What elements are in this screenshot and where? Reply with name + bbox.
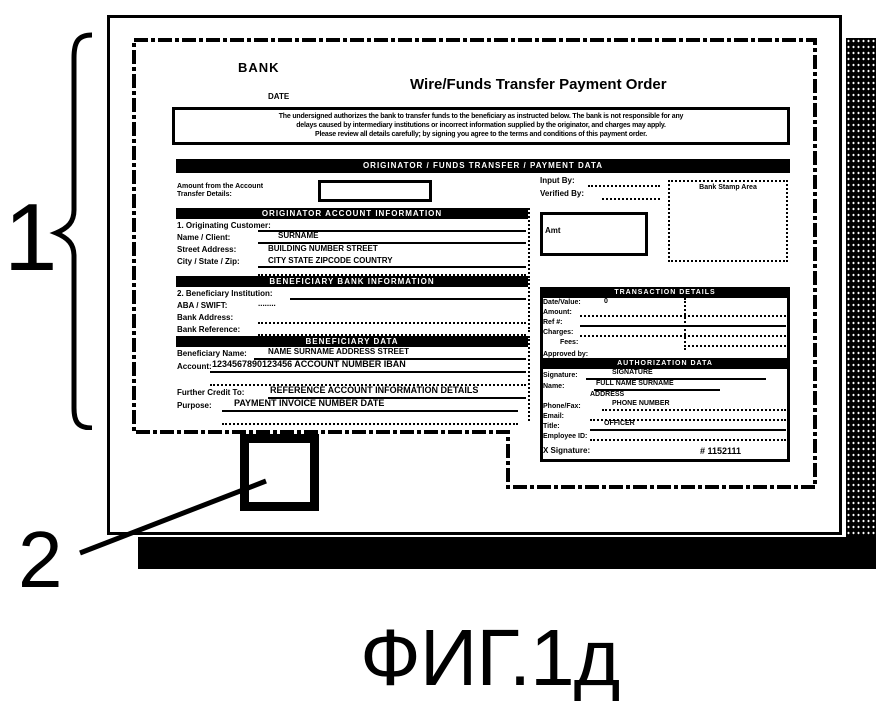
leader-line xyxy=(0,0,888,720)
figure-caption: ФИГ.1д xyxy=(360,618,619,698)
reference-label-2: 2 xyxy=(18,520,63,600)
